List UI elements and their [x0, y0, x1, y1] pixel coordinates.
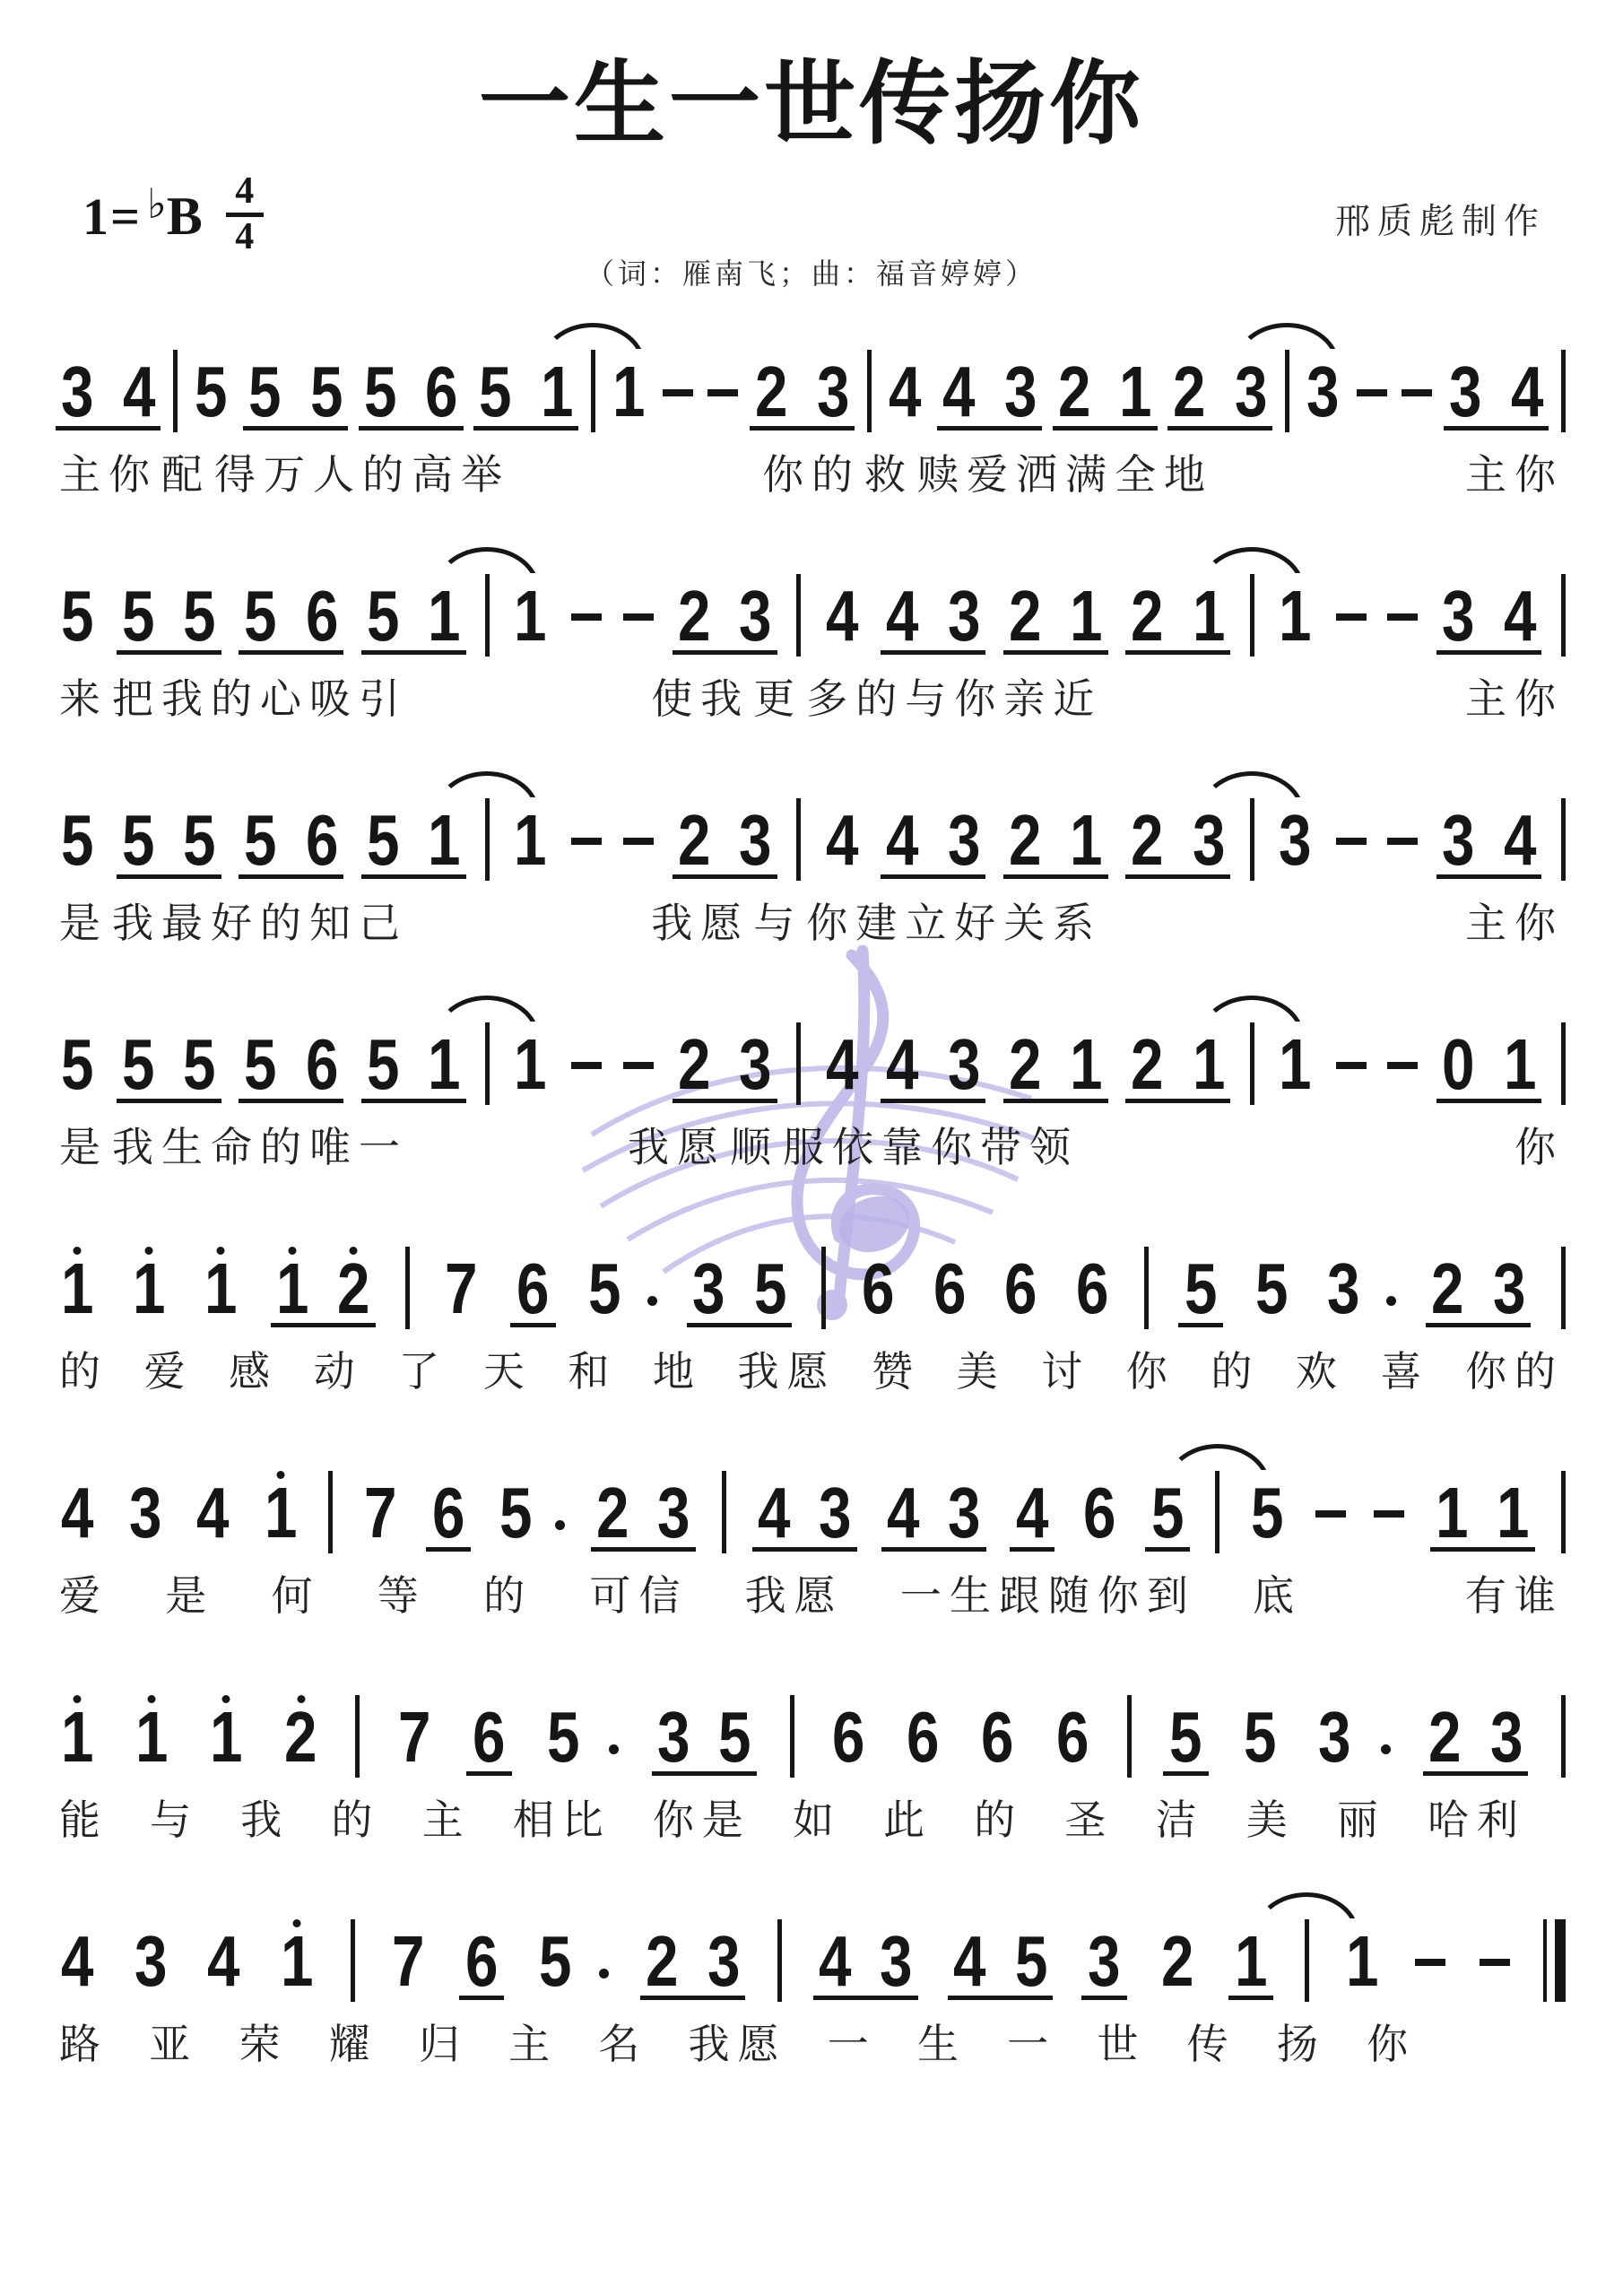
barline: [1250, 798, 1254, 881]
lyric-word: 的: [59, 1347, 108, 1396]
dash-hold: [1374, 1510, 1404, 1518]
note: 1: [1189, 1039, 1229, 1091]
note: 3: [944, 590, 985, 642]
note-value: 5: [1169, 1711, 1202, 1763]
note: 1: [57, 1263, 98, 1315]
beamed-note-group: 11: [1432, 1487, 1533, 1539]
beamed-note-group: 23: [674, 590, 776, 642]
note: 6: [302, 1039, 343, 1091]
lyric-word: 丽: [1337, 1796, 1386, 1845]
note-value: 5: [122, 590, 154, 642]
note-value: 3: [739, 590, 771, 642]
note-value: 5: [195, 366, 227, 418]
notation-row: 4341765234343465511: [57, 1469, 1566, 1555]
lyric-word: 救: [864, 450, 914, 500]
note-value: 3: [1279, 814, 1311, 866]
note: 3: [1438, 814, 1479, 866]
note: 3: [735, 590, 776, 642]
barline: [1144, 1247, 1149, 1329]
lyric-word: 美: [957, 1347, 1006, 1396]
dash-hold: [1336, 613, 1367, 621]
note: 6: [302, 814, 343, 866]
note: 3: [654, 1487, 694, 1539]
beamed-note-group: 51: [363, 814, 464, 866]
note-value: 4: [942, 366, 975, 418]
note: 5: [535, 1935, 576, 1987]
notation-row: 111276535666655323: [57, 1693, 1566, 1779]
lyric-word: 我愿: [651, 899, 750, 948]
barline: [1561, 350, 1566, 432]
note: 5: [307, 366, 347, 418]
music-line: 43417652343453211路亚荣耀归主名我愿一生一世传扬你: [57, 1885, 1566, 2109]
barline: [1561, 574, 1566, 657]
lyric-word: 美: [1246, 1796, 1296, 1845]
lyric-word: 哈利: [1428, 1796, 1526, 1845]
note: 2: [674, 1039, 715, 1091]
lyrics-row: 主你配得万人的高举你的救赎爱洒满全地主你: [57, 450, 1566, 500]
lyric-word: 我愿: [745, 1571, 844, 1621]
note-value: 6: [473, 1711, 505, 1763]
note-value: 5: [61, 1039, 93, 1091]
beamed-note-group: 35: [654, 1711, 755, 1763]
note: 4: [1507, 366, 1548, 418]
note-value: 4: [826, 590, 858, 642]
note: 4: [882, 590, 923, 642]
note: 6: [903, 1711, 943, 1763]
lyric-word: 与: [753, 899, 803, 948]
note: 3: [1189, 814, 1229, 866]
note: 1: [1493, 1487, 1533, 1539]
note-value: 5: [122, 1039, 154, 1091]
note: 3: [57, 366, 98, 418]
note-value: 6: [1004, 1263, 1037, 1315]
beamed-note-group: 01: [1438, 1039, 1540, 1091]
note-value: 5: [248, 366, 281, 418]
beamed-note-group: 56: [240, 814, 342, 866]
note-value: 2: [1161, 1935, 1193, 1987]
note-value: 3: [948, 1039, 980, 1091]
beamed-note-group: 21: [1005, 814, 1107, 866]
lyric-word: 名: [598, 2020, 647, 2069]
lyric-word: 我生命的唯一: [112, 1123, 408, 1172]
lyric-word: 配: [161, 450, 211, 500]
note: 1: [1275, 590, 1315, 642]
barline: [1561, 1471, 1566, 1553]
note: 3: [1487, 1711, 1527, 1763]
lyric-word: 是: [59, 1123, 108, 1172]
barline: [1250, 1022, 1254, 1105]
note-value: 3: [1442, 814, 1474, 866]
beamed-note-group: 43: [882, 814, 984, 866]
note: 1: [1066, 590, 1107, 642]
note: 6: [429, 1487, 469, 1539]
note: 4: [119, 366, 160, 418]
lyric-word: 的: [331, 1796, 380, 1845]
sheet-music-page: { "header": { "title": "一生一世传扬你", "key_p…: [0, 0, 1623, 2296]
beamed-note-group: 43: [882, 1039, 984, 1091]
note-value: 5: [1185, 1263, 1217, 1315]
beamed-note-group: 23: [1127, 814, 1228, 866]
barline: [1215, 1471, 1219, 1553]
lyric-word: 可信: [589, 1571, 688, 1621]
lyrics-row: 是我最好的知己我愿与你建立好关系主你: [57, 899, 1566, 948]
note: 1: [129, 1263, 169, 1315]
note: 1: [1066, 814, 1107, 866]
note-value: 1: [1279, 1039, 1311, 1091]
note-value: 6: [425, 366, 457, 418]
note: 5: [118, 814, 159, 866]
note-value: 1: [428, 590, 460, 642]
note: 3: [1084, 1935, 1124, 1987]
note-value: 4: [758, 1487, 790, 1539]
note: 4: [1012, 1487, 1053, 1539]
note-value: 1: [1070, 590, 1102, 642]
lyric-word: 一: [828, 2020, 877, 2069]
lyric-word: 如: [793, 1796, 842, 1845]
barline: [485, 798, 490, 881]
note: 5: [179, 814, 220, 866]
note: 5: [57, 590, 98, 642]
note-value: 1: [281, 1935, 313, 1987]
note-value: 5: [1251, 1487, 1283, 1539]
note-value: 1: [1193, 1039, 1225, 1091]
note-value: 6: [981, 1711, 1013, 1763]
lyric-word: 赞: [872, 1347, 921, 1396]
note: 4: [815, 1935, 855, 1987]
dash-hold: [571, 838, 602, 845]
note: 5: [1181, 1263, 1221, 1315]
note-value: 2: [1131, 590, 1163, 642]
note-value: 6: [465, 1935, 498, 1987]
note-value: 1: [133, 1263, 165, 1315]
note: 6: [858, 1263, 898, 1315]
note-value: 5: [244, 814, 276, 866]
note-value: 1: [1119, 366, 1151, 418]
note: 3: [1275, 814, 1315, 866]
note: 4: [882, 814, 923, 866]
note: 4: [822, 590, 863, 642]
note-value: 1: [1346, 1935, 1378, 1987]
barline: [351, 1919, 355, 2002]
music-line: 4341765234343465511爱是何等的可信我愿一生跟随你到底有谁: [57, 1437, 1566, 1661]
beamed-note-group: 23: [1169, 366, 1271, 418]
lyric-word: 顺: [730, 1123, 779, 1172]
beamed-note-group: 21: [1055, 366, 1156, 418]
barline: [485, 574, 490, 657]
lyric-word: 一: [1007, 2020, 1056, 2069]
lyric-word: 来: [59, 674, 108, 724]
time-signature-bottom: 4: [235, 220, 254, 256]
note: 1: [1115, 366, 1156, 418]
barline: [405, 1247, 410, 1329]
note: 2: [1425, 1711, 1465, 1763]
note: 5: [1011, 1935, 1052, 1987]
lyric-word: 相比: [513, 1796, 612, 1845]
beamed-note-group: 23: [674, 1039, 776, 1091]
note-value: 4: [826, 814, 858, 866]
note-value: 4: [889, 366, 921, 418]
lyric-word: 讨: [1041, 1347, 1090, 1396]
note-value: 3: [739, 1039, 771, 1091]
note-value: 1: [514, 1039, 546, 1091]
note-value: 4: [196, 1487, 229, 1539]
barline: [328, 1471, 333, 1553]
notation-row: 55556511234432121101: [57, 1021, 1566, 1107]
note-value: 4: [61, 1935, 93, 1987]
note-value: 1: [1070, 1039, 1102, 1091]
lyric-word: 主: [422, 1796, 472, 1845]
note: 2: [1005, 1039, 1046, 1091]
barline: [821, 1247, 826, 1329]
note-value: 4: [123, 366, 155, 418]
note-value: 4: [826, 1039, 858, 1091]
lyric-word: 的: [483, 1571, 533, 1621]
note-value: 1: [61, 1263, 93, 1315]
beamed-note-group: 34: [1445, 366, 1547, 418]
note-value: 4: [886, 590, 918, 642]
note-value: 4: [1504, 814, 1536, 866]
note: 5: [363, 1039, 404, 1091]
note: 6: [930, 1263, 970, 1315]
lyric-word: 与: [150, 1796, 199, 1845]
note-value: 3: [817, 366, 849, 418]
note-value: 4: [61, 1487, 93, 1539]
beamed-note-group: 55: [118, 814, 220, 866]
lyric-word: 底: [1253, 1571, 1302, 1621]
note-value: 2: [1131, 814, 1163, 866]
note: 5: [179, 590, 220, 642]
notation-row: 1111276535666655323: [57, 1245, 1566, 1331]
note-value: 6: [907, 1711, 939, 1763]
notation-row: 43417652343453211: [57, 1918, 1566, 2004]
dash-hold: [571, 1062, 602, 1069]
note-value: 5: [718, 1711, 751, 1763]
note-value: 3: [1088, 1935, 1120, 1987]
note: 3: [944, 1039, 985, 1091]
note: 2: [674, 590, 715, 642]
note-value: 3: [1235, 366, 1267, 418]
note-value: 5: [588, 1263, 621, 1315]
notation-row: 55556511234432123334: [57, 796, 1566, 883]
note-value: 4: [1504, 590, 1536, 642]
note-value: 5: [183, 590, 215, 642]
note: 2: [1158, 1935, 1198, 1987]
note-value: 1: [514, 814, 546, 866]
note: 5: [1240, 1711, 1280, 1763]
dash-hold: [623, 1062, 654, 1069]
final-barline: [1543, 1919, 1566, 2002]
note-value: 2: [755, 366, 787, 418]
note: 3: [689, 1263, 729, 1315]
lyric-word: 你: [1126, 1347, 1176, 1396]
note: 3: [1315, 1711, 1355, 1763]
lyric-word: 了: [398, 1347, 447, 1396]
dash-hold: [623, 613, 654, 621]
note-value: 5: [499, 1487, 532, 1539]
music-line: 55556511234432121134来把我的心吸引使我更多的与你亲近主你: [57, 540, 1566, 764]
lyric-word: 你的: [1465, 1347, 1564, 1396]
note-value: 3: [948, 1487, 980, 1539]
note: 4: [1500, 590, 1541, 642]
note-value: 3: [948, 590, 980, 642]
beamed-note-group: 23: [674, 814, 776, 866]
notation-row: 3455556511234432123334: [57, 348, 1566, 434]
final-barline-thick: [1555, 1919, 1566, 2002]
note: 4: [204, 1935, 244, 1987]
note-value: 3: [1442, 590, 1474, 642]
song-title: 一生一世传扬你: [0, 56, 1623, 156]
lyric-word: 爱: [144, 1347, 194, 1396]
note: 6: [462, 1935, 502, 1987]
note: 6: [1001, 1263, 1041, 1315]
lyric-word: 是: [59, 899, 108, 948]
note-value: 1: [210, 1711, 242, 1763]
note-value: 5: [122, 814, 154, 866]
lyric-word: 主你: [1465, 450, 1564, 500]
lyric-word: 多的与你亲近: [806, 674, 1102, 724]
note-value: 5: [479, 366, 511, 418]
note: 2: [1428, 1263, 1468, 1315]
lyric-word: 爱: [59, 1571, 108, 1621]
note-value: 2: [1173, 366, 1205, 418]
note: 6: [829, 1711, 869, 1763]
beamed-note-group: 21: [1005, 590, 1107, 642]
barline: [1285, 350, 1289, 432]
lyric-word: 你建立好关系: [806, 899, 1102, 948]
augmentation-dot: [555, 1520, 565, 1530]
note-value: 1: [265, 1487, 297, 1539]
note: 2: [1055, 366, 1095, 418]
note: 1: [609, 366, 649, 418]
note-value: 6: [862, 1263, 894, 1315]
beamed-note-group: 43: [939, 366, 1040, 418]
beamed-note-group: 34: [57, 366, 159, 418]
barline: [485, 1022, 490, 1105]
lyric-word: 服依靠你带领: [783, 1123, 1079, 1172]
key-prefix: 1=: [82, 187, 142, 247]
score: 3455556511234432123334主你配得万人的高举你的救赎爱洒满全地…: [57, 316, 1566, 2109]
note: 3: [944, 814, 985, 866]
note-value: 6: [1083, 1487, 1115, 1539]
augmentation-dot: [1381, 1744, 1391, 1754]
barline: [1250, 574, 1254, 657]
note: 1: [510, 814, 551, 866]
note-value: 5: [754, 1263, 786, 1315]
note: 2: [281, 1711, 321, 1763]
lyric-word: 耀: [329, 2020, 378, 2069]
lyric-word: 你: [1367, 2020, 1416, 2069]
note: 3: [1489, 1263, 1530, 1315]
note-value: 4: [953, 1935, 985, 1987]
lyric-word: 有谁: [1465, 1571, 1564, 1621]
note-value: 5: [61, 590, 93, 642]
note-value: 5: [244, 590, 276, 642]
note: 1: [1432, 1487, 1472, 1539]
note: 5: [1148, 1487, 1188, 1539]
note-value: 2: [1431, 1263, 1463, 1315]
beamed-note-group: 51: [475, 366, 577, 418]
note-value: 5: [1151, 1487, 1184, 1539]
note: 4: [885, 366, 925, 418]
beamed-note-group: 43: [883, 1487, 985, 1539]
note: 3: [131, 1935, 171, 1987]
note: 7: [395, 1711, 435, 1763]
note-value: 1: [1497, 1487, 1529, 1539]
note-value: 2: [1428, 1711, 1461, 1763]
note: 5: [496, 1487, 536, 1539]
barline: [173, 350, 178, 432]
beamed-note-group: 55: [245, 366, 346, 418]
beamed-note-group: 23: [1428, 1263, 1529, 1315]
note: 7: [388, 1935, 429, 1987]
note: 2: [751, 366, 792, 418]
note-value: 1: [1235, 1935, 1267, 1987]
note-value: 0: [1442, 1039, 1474, 1091]
note-value: 5: [547, 1711, 579, 1763]
note: 5: [543, 1711, 584, 1763]
note-value: 1: [204, 1263, 237, 1315]
lyric-word: 一生跟随你到: [900, 1571, 1196, 1621]
barline: [790, 1695, 794, 1778]
beamed-note-group: 56: [360, 366, 462, 418]
note: 7: [360, 1487, 401, 1539]
note-value: 3: [692, 1263, 725, 1315]
augmentation-dot: [599, 1969, 609, 1979]
lyric-word: 你是: [653, 1796, 751, 1845]
note: 2: [642, 1935, 682, 1987]
note: 4: [822, 1039, 863, 1091]
beamed-note-group: 23: [593, 1487, 694, 1539]
note: 4: [939, 366, 979, 418]
lyrics-row: 爱是何等的可信我愿一生跟随你到底有谁: [57, 1571, 1566, 1621]
music-line: 55556511234432121101是我生命的唯一我愿顺服依靠你带领你: [57, 988, 1566, 1213]
note-value: 2: [337, 1263, 369, 1315]
lyric-word: 生: [917, 2020, 967, 2069]
time-signature-top: 4: [235, 174, 254, 210]
note-value: 2: [284, 1711, 317, 1763]
barline: [1561, 1695, 1566, 1778]
lyrics-row: 是我生命的唯一我愿顺服依靠你带领你: [57, 1123, 1566, 1172]
lyricist-composer-line: （词：雁南飞；曲：福音婷婷）: [0, 251, 1623, 292]
lyric-word: 等: [378, 1571, 427, 1621]
lyric-word: 何: [272, 1571, 321, 1621]
note: 3: [126, 1487, 166, 1539]
music-line: 3455556511234432123334主你配得万人的高举你的救赎爱洒满全地…: [57, 316, 1566, 540]
note-value: 4: [886, 814, 918, 866]
note: 6: [469, 1711, 509, 1763]
note: 1: [424, 814, 464, 866]
note-value: 1: [1504, 1039, 1536, 1091]
dash-hold: [571, 613, 602, 621]
lyric-word: 我最好的知己: [112, 899, 408, 948]
lyric-word: 得万人的高举: [214, 450, 510, 500]
dash-hold: [1387, 838, 1418, 845]
note-value: 1: [1279, 590, 1311, 642]
note: 5: [363, 814, 404, 866]
note: 3: [1001, 366, 1041, 418]
note: 6: [1072, 1263, 1113, 1315]
lyric-word: 世: [1097, 2020, 1146, 2069]
note: 1: [1275, 1039, 1315, 1091]
note-value: 6: [516, 1263, 549, 1315]
note: 3: [654, 1711, 694, 1763]
note: 3: [815, 1487, 855, 1539]
beamed-note-group: 12: [273, 1263, 374, 1315]
barline: [777, 1919, 782, 2002]
augmentation-dot: [1386, 1296, 1396, 1306]
note: 4: [822, 814, 863, 866]
lyric-word: 路: [59, 2020, 108, 2069]
